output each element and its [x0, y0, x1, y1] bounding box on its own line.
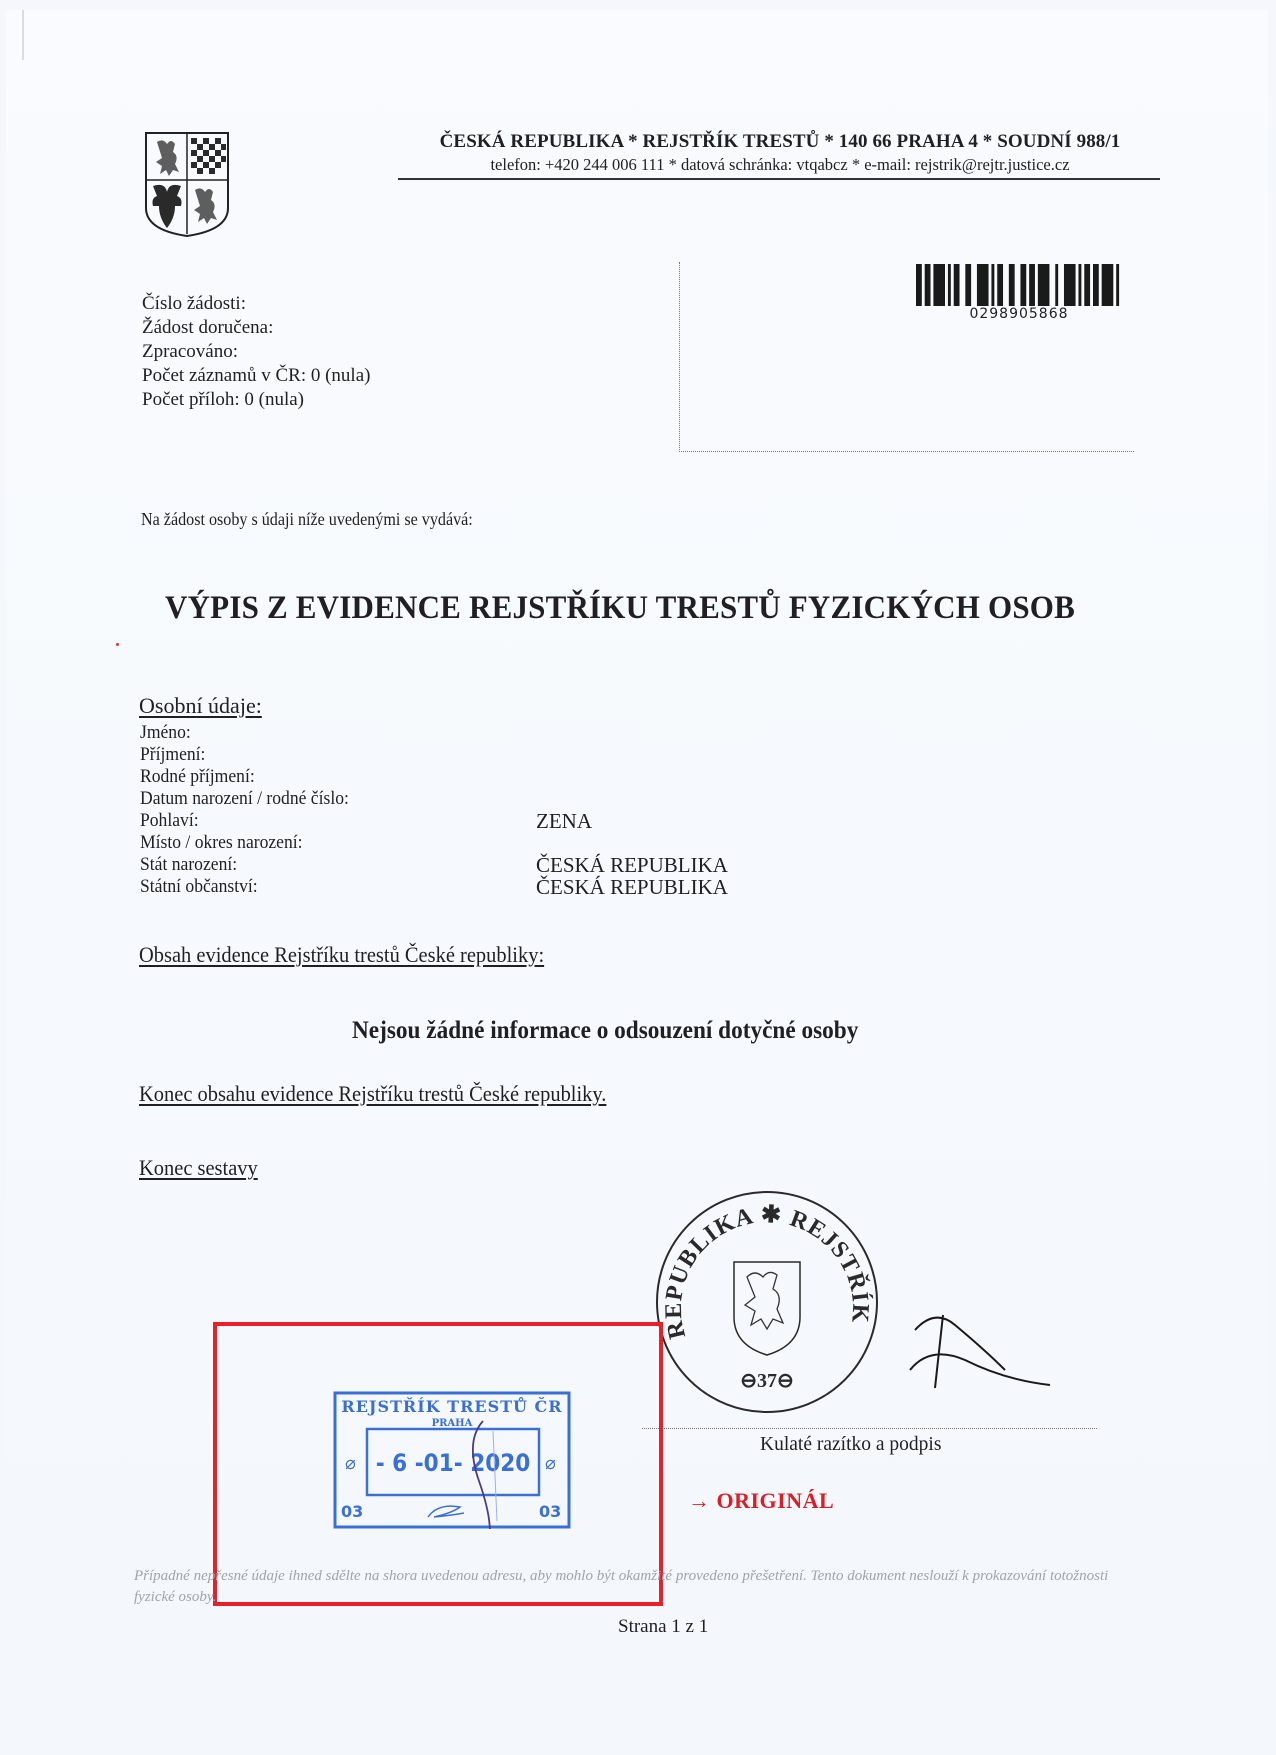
attachments-count: Počet příloh: 0 (nula): [142, 388, 370, 412]
records-count: Počet záznamů v ČR: 0 (nula): [142, 364, 370, 388]
field-label: Příjmení:: [140, 744, 516, 766]
header-title: ČESKÁ REPUBLIKA * REJSTŘÍK TRESTŮ * 140 …: [400, 131, 1160, 153]
request-info: Číslo žádosti: Žádost doručena: Zpracová…: [142, 292, 370, 412]
field-value: ČESKÁ REPUBLIKA: [536, 854, 728, 876]
svg-text:⊖37⊖: ⊖37⊖: [740, 1370, 794, 1392]
coat-of-arms-logo: [143, 130, 231, 238]
personal-details: Jméno:Příjmení:Rodné příjmení:Datum naro…: [140, 722, 728, 898]
scan-mark: [116, 643, 119, 646]
field-label: Místo / okres narození:: [140, 832, 516, 854]
field-value: ČESKÁ REPUBLIKA: [536, 876, 728, 898]
request-delivered-label: Žádost doručena:: [142, 316, 370, 340]
disclaimer-text: Případné nepřesné údaje ihned sdělte na …: [134, 1566, 1144, 1608]
field-label: Státní občanství:: [140, 876, 516, 898]
personal-field-row: Místo / okres narození:: [140, 832, 728, 854]
page-number: Strana 1 z 1: [618, 1616, 708, 1638]
highlight-box: [213, 1322, 663, 1606]
field-label: Pohlaví:: [140, 810, 516, 832]
personal-field-row: Státní občanství:ČESKÁ REPUBLIKA: [140, 876, 728, 898]
personal-field-row: Stát narození:ČESKÁ REPUBLIKA: [140, 854, 728, 876]
records-end: Konec obsahu evidence Rejstříku trestů Č…: [139, 1081, 606, 1107]
processed-label: Zpracováno:: [142, 340, 370, 364]
personal-field-row: Datum narození / rodné číslo:: [140, 788, 728, 810]
intro-text: Na žádost osoby s údaji níže uvedenými s…: [141, 509, 473, 530]
personal-field-row: Jméno:: [140, 722, 728, 744]
request-number-label: Číslo žádosti:: [142, 292, 370, 316]
page-edge: [22, 10, 24, 60]
personal-details-heading: Osobní údaje:: [139, 693, 262, 719]
barcode-number: 0298905868: [916, 306, 1122, 322]
signature: [905, 1310, 1055, 1405]
document-title: VÝPIS Z EVIDENCE REJSTŘÍKU TRESTŮ FYZICK…: [165, 590, 1161, 627]
field-label: Datum narození / rodné číslo:: [140, 788, 516, 810]
field-label: Rodné příjmení:: [140, 766, 516, 788]
personal-field-row: Příjmení:: [140, 744, 728, 766]
barcode: [916, 264, 1122, 306]
records-result: Nejsou žádné informace o odsouzení dotyč…: [352, 1017, 858, 1045]
personal-field-row: Rodné příjmení:: [140, 766, 728, 788]
field-value: ZENA: [536, 810, 592, 832]
report-end: Konec sestavy: [139, 1155, 258, 1181]
header-contact: telefon: +420 244 006 111 * datová schrá…: [400, 155, 1160, 175]
signature-line: [642, 1428, 1097, 1429]
original-annotation: → ORIGINÁL: [688, 1488, 834, 1514]
svg-text:ČESKÁ REPUBLIKA ✱ REJSTŘÍK TRE: ČESKÁ REPUBLIKA ✱ REJSTŘÍK TRESTŮ: [652, 1187, 873, 1341]
records-heading: Obsah evidence Rejstříku trestů České re…: [139, 942, 544, 968]
field-label: Stát narození:: [140, 854, 516, 876]
header-divider: [398, 178, 1160, 180]
personal-field-row: Pohlaví:ZENA: [140, 810, 728, 832]
field-label: Jméno:: [140, 722, 516, 744]
round-official-stamp: ČESKÁ REPUBLIKA ✱ REJSTŘÍK TRESTŮ ⊖37⊖: [652, 1187, 882, 1417]
signature-caption: Kulaté razítko a podpis: [760, 1434, 941, 1456]
